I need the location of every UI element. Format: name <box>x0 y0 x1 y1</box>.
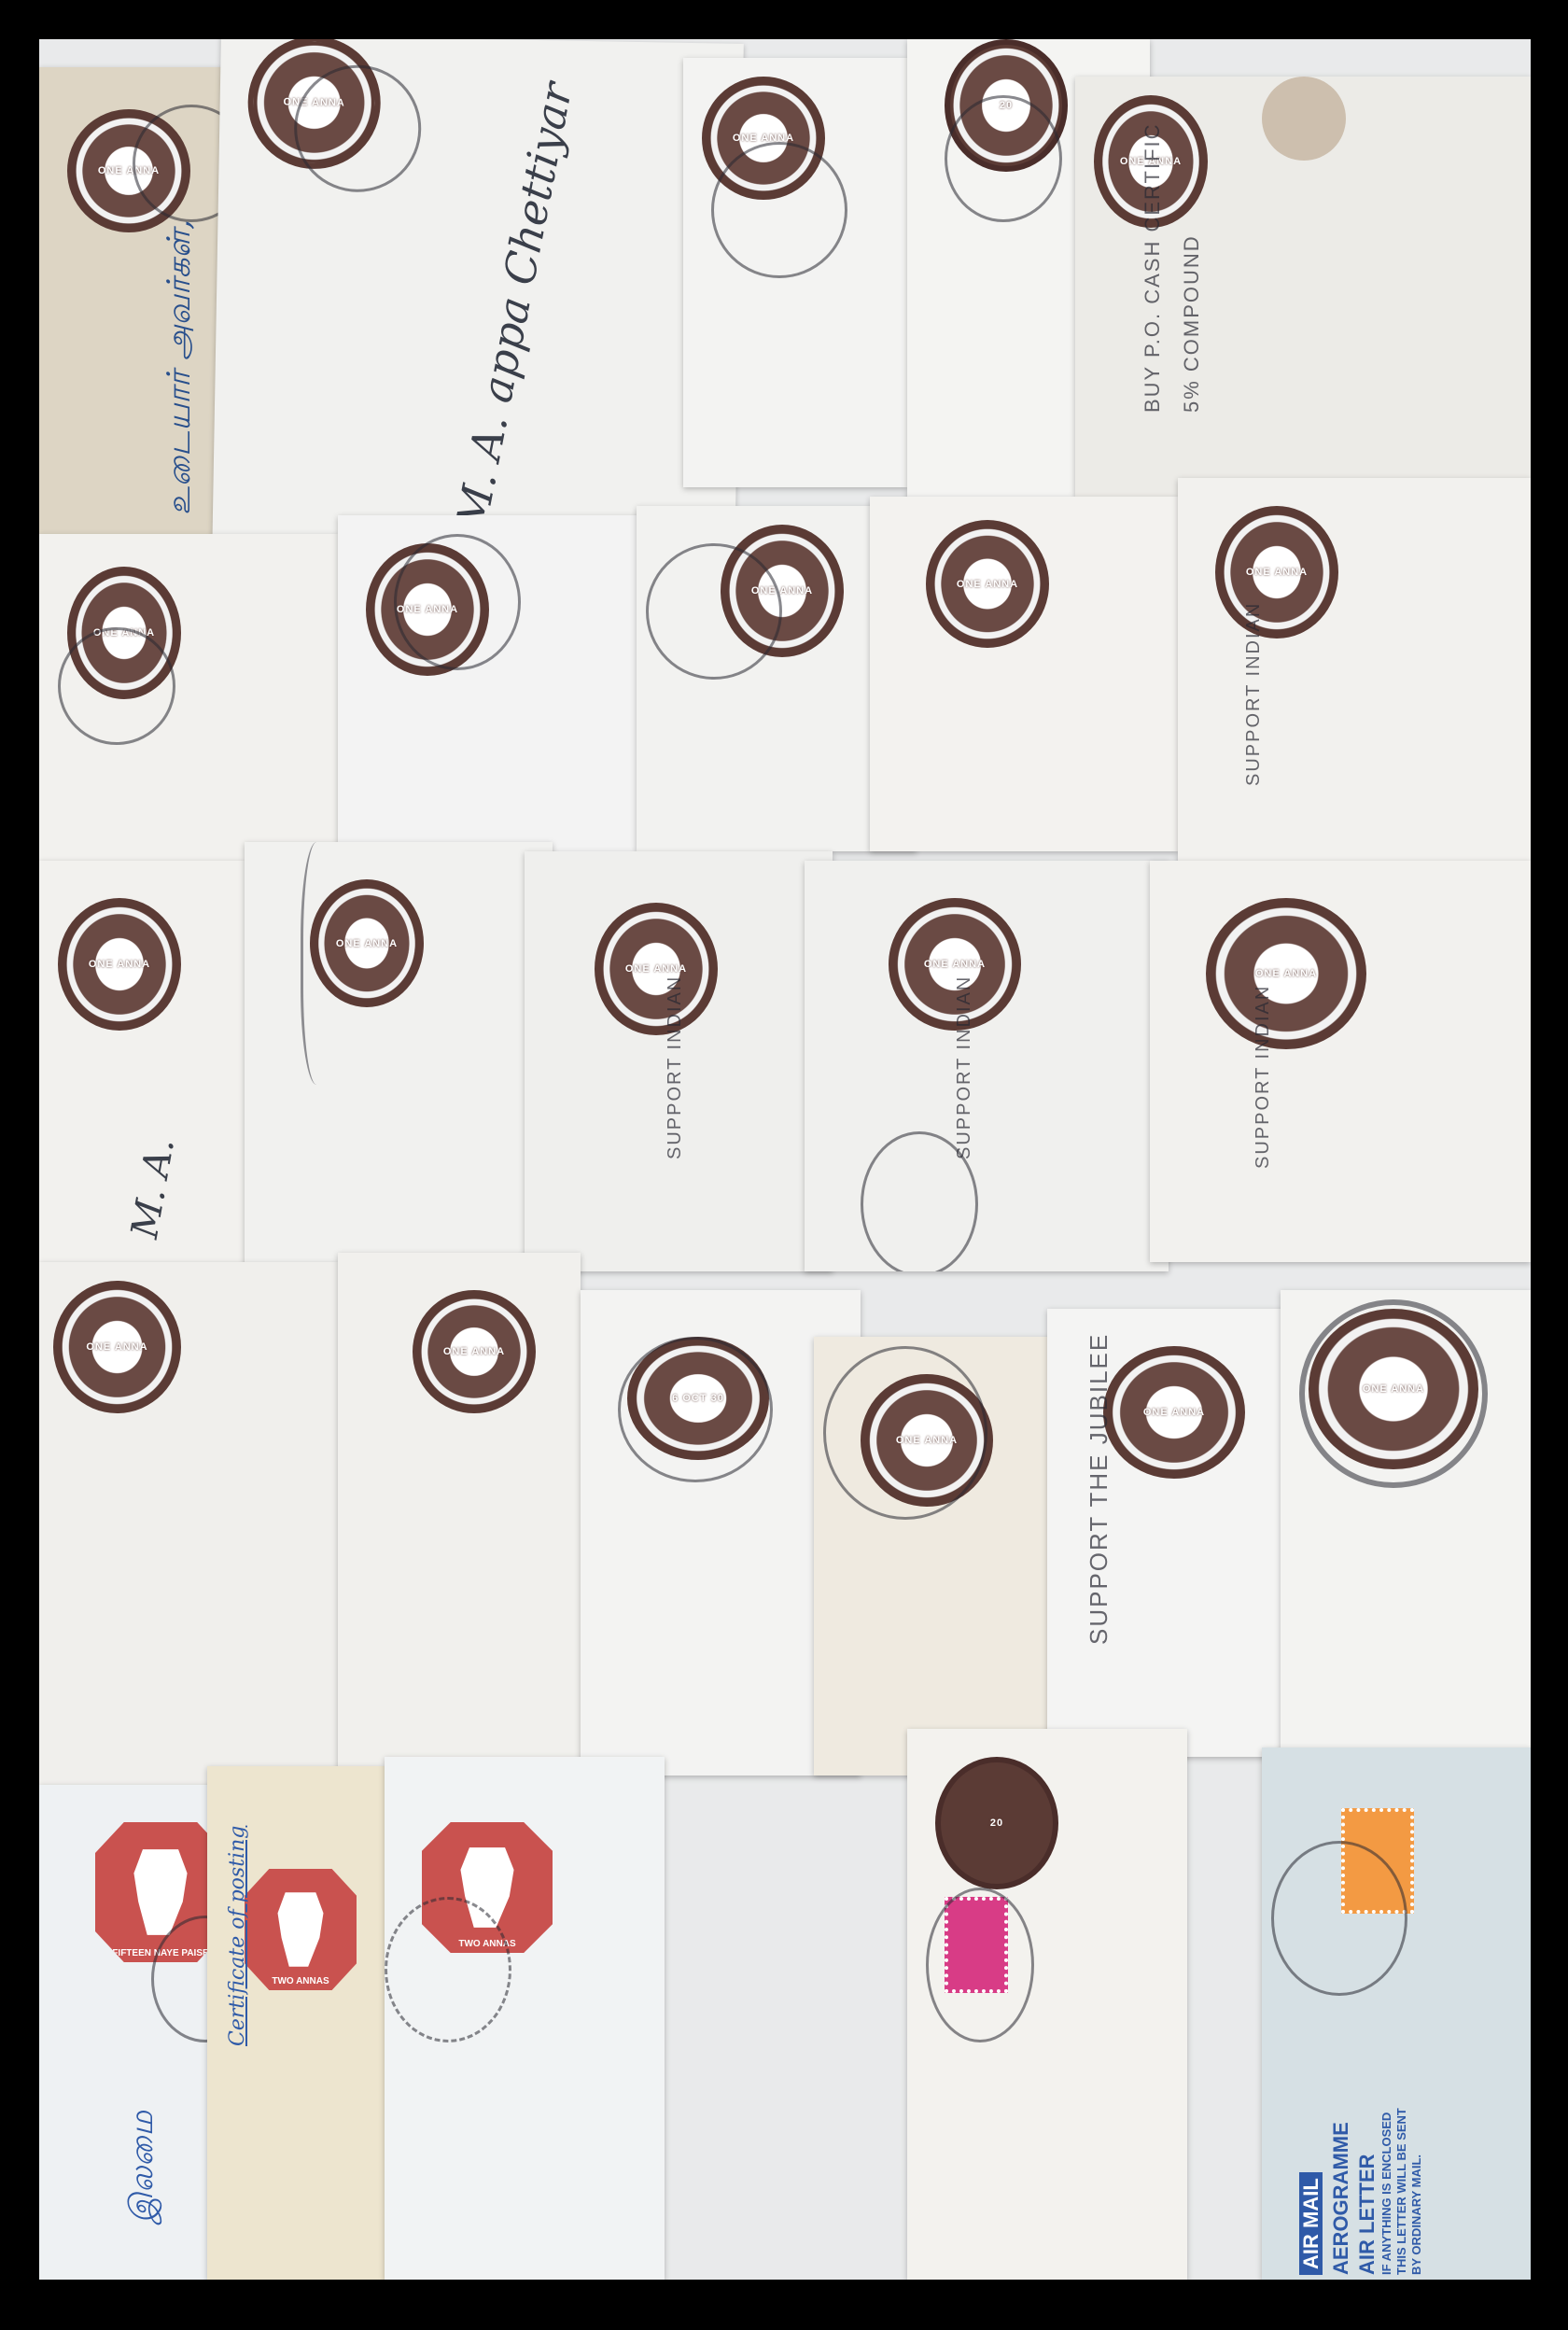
slogan-cancel-compound: 5% COMPOUND <box>1180 234 1204 413</box>
aerogramme-line-5: BY ORDINARY MAIL. <box>1409 2155 1423 2275</box>
envelope-r1c3: ONE ANNA <box>683 58 907 487</box>
aerogramme-line-4: THIS LETTER WILL BE SENT <box>1394 2108 1408 2275</box>
envelope-r1c2: ONE ANNA M. A. appa Chettiyar <box>212 39 744 567</box>
postmark <box>293 64 422 193</box>
aerogramme-line-1: AEROGRAMME <box>1329 2122 1353 2275</box>
envelope-r2c5: ONE ANNA SUPPORT INDIAN <box>1178 478 1531 870</box>
postmark <box>1299 1299 1488 1488</box>
envelope-r4c1: ONE ANNA <box>39 1262 338 1785</box>
postmark <box>711 142 847 278</box>
handwritten-address: இலமை <box>123 2111 164 2224</box>
slogan-cancel: SUPPORT INDIAN <box>665 976 686 1159</box>
envelope-r2c2: ONE ANNA <box>338 515 655 870</box>
aerogramme-line-2: AIR LETTER <box>1355 2154 1379 2275</box>
postmark <box>823 1346 987 1520</box>
envelope-r3c3: ONE ANNA SUPPORT INDIAN <box>525 851 833 1271</box>
envelope-r5c2: TWO ANNAS Certificate of posting <box>207 1766 385 2280</box>
certificate-of-posting: Certificate of posting <box>226 1826 249 2046</box>
two-annas-stamp: TWO ANNAS <box>245 1869 357 1990</box>
aerogramme-r5c5: AIR MAIL AEROGRAMME AIR LETTER IF ANYTHI… <box>1262 1747 1531 2280</box>
envelope-r5c4: 20 <box>907 1729 1187 2280</box>
handwritten-address: M. A. <box>123 1135 183 1242</box>
photo-board: ONE ANNA உடையார் அவர்கள், ONE ANNA M. A.… <box>39 39 1531 2280</box>
twenty-paise-stamp: 20 <box>935 1757 1058 1889</box>
wavy-cancel <box>301 842 341 1085</box>
gpo-postmark <box>861 1131 978 1271</box>
printed-address: உடையார் அவர்கள், <box>161 219 202 515</box>
one-anna-stamp: ONE ANNA <box>926 520 1049 648</box>
postmark <box>646 543 782 680</box>
one-anna-stamp: ONE ANNA <box>1206 898 1366 1049</box>
peraiyur-postmark <box>926 1888 1034 2042</box>
karaikudi-postmark <box>1271 1841 1407 1996</box>
envelope-r3c2: ONE ANNA <box>245 842 553 1271</box>
one-anna-stamp: ONE ANNA <box>1215 506 1338 639</box>
postmark <box>945 95 1062 222</box>
one-anna-stamp: ONE ANNA <box>53 1281 181 1413</box>
one-anna-stamp: ONE ANNA <box>1103 1346 1245 1479</box>
envelope-r4c5: ONE ANNA SUPPORT THE JUBILEE <box>1047 1309 1290 1757</box>
one-anna-stamp: ONE ANNA <box>58 898 181 1031</box>
envelope-r3c5: ONE ANNA SUPPORT INDIAN <box>1150 861 1531 1262</box>
postmark <box>58 627 175 745</box>
envelope-r4c4: ONE ANNA <box>814 1337 1057 1776</box>
envelope-r2c4: ONE ANNA <box>870 497 1178 851</box>
envelope-r1c5: ONE ANNA BUY P.O. CASH CERTIFIC 5% COMPO… <box>1075 77 1531 497</box>
slogan-cancel: SUPPORT INDIAN <box>954 976 975 1159</box>
envelope-r3c4: ONE ANNA SUPPORT INDIAN <box>805 861 1169 1271</box>
envelope-r4c2: ONE ANNA <box>338 1253 581 1776</box>
envelope-r2c1: ONE ANNA <box>39 534 338 870</box>
slogan-cancel: SUPPORT INDIAN <box>1243 602 1265 786</box>
aerogramme-text: AIR MAIL <box>1299 2172 1323 2275</box>
one-anna-stamp: ONE ANNA <box>595 903 718 1035</box>
postmark <box>394 534 521 670</box>
postmark <box>618 1337 773 1482</box>
aerogramme-line-3: IF ANYTHING IS ENCLOSED <box>1379 2112 1393 2275</box>
slogan-cancel-jubilee: SUPPORT THE JUBILEE <box>1085 1333 1113 1645</box>
slogan-cancel: SUPPORT INDIAN <box>1253 985 1274 1169</box>
peraiyur-postmark <box>385 1897 511 2042</box>
envelope-r4c6: ONE ANNA <box>1281 1290 1531 1757</box>
stain <box>1262 77 1346 161</box>
one-anna-stamp: ONE ANNA <box>413 1290 536 1413</box>
handwritten-address: M. A. appa Chettiyar <box>446 78 582 534</box>
envelope-r3c1: ONE ANNA M. A. <box>39 861 245 1271</box>
envelope-r5c3: TWO ANNAS <box>385 1757 665 2280</box>
slogan-cancel-buy-po: BUY P.O. CASH CERTIFIC <box>1141 122 1165 413</box>
